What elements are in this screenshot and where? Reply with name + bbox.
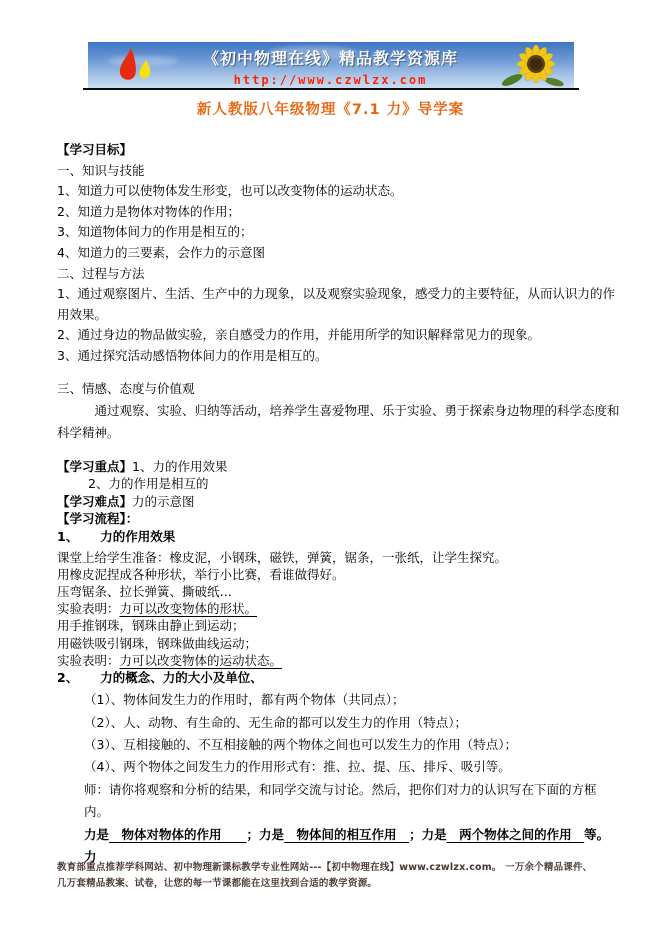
footer-line: 几万套精品教案、试卷，让您的每一节课都能在这里找到合适的教学资源。 — [57, 876, 622, 892]
item-title: 力的概念、力的大小及单位、 — [100, 670, 263, 685]
answer-blank: 两个物体之间的作用 — [447, 827, 585, 842]
heading-learning-objectives: 【学习目标】 — [57, 140, 621, 161]
page-footer: 教育部重点推荐学科网站、初中物理新课标教学专业性网站---【初中物理在线】www… — [57, 860, 622, 891]
experiment-conclusion: 实验表明：力可以改变物体的运动状态。 — [57, 652, 621, 669]
answer-text: ；力是 — [247, 827, 285, 842]
footer-line: 教育部重点推荐学科网站、初中物理新课标教学专业性网站---【初中物理在线】www… — [57, 860, 622, 876]
text-line: 用磁铁吸引钢珠，钢珠做曲线运动； — [57, 635, 621, 652]
conclusion-underlined: 力可以改变物体的形状。 — [120, 601, 258, 616]
conclusion-prefix: 实验表明： — [57, 601, 120, 616]
text-line: （4）、两个物体之间发生力的作用形式有：推、拉、提、压、排斥、吸引等。 — [57, 756, 621, 778]
heading-key-points: 【学习重点】1、力的作用效果 — [57, 458, 621, 476]
answer-text: 力是 — [84, 827, 109, 842]
conclusion-prefix: 实验表明： — [57, 653, 120, 668]
text-line: 2、力的作用是相互的 — [57, 475, 621, 493]
text-line: 3、知道物体间力的作用是相互的； — [57, 222, 621, 243]
heading-learning-process: 【学习流程】： — [57, 510, 621, 528]
text-line: 用手推钢珠，钢珠由静止到运动； — [57, 617, 621, 634]
banner-site-url[interactable]: http://www.czwlzx.com — [234, 73, 428, 87]
answer-blank: 物体对物体的作用 — [109, 827, 247, 842]
answer-text: ；力是 — [409, 827, 447, 842]
text-line: 一、知识与技能 — [57, 161, 621, 182]
text-line: 课堂上给学生准备：橡皮泥，小钢珠，磁铁，弹簧，锯条，一张纸，让学生探究。 — [57, 549, 621, 566]
section-label: 【学习重点】 — [57, 459, 132, 474]
text-line: 二、过程与方法 — [57, 264, 621, 285]
text-line: 2、通过身边的物品做实验，亲自感受力的作用，并能用所学的知识解释常见力的现象。 — [57, 325, 621, 346]
banner-container: 《初中物理在线》精品教学资源库 http://www.czwlzx.com — [83, 42, 579, 90]
text-line: （3）、互相接触的、不互相接触的两个物体之间也可以发生力的作用（特点）； — [57, 734, 621, 756]
text-line: （1）、物体间发生力的作用时，都有两个物体（共同点）； — [57, 689, 621, 711]
heading-difficulties: 【学习难点】力的示意图 — [57, 493, 621, 511]
text-line: 1、通过观察图片、生活、生产中的力现象，以及观察实验现象，感受力的主要特征，从而… — [57, 284, 621, 325]
text-line: 通过观察、实验、归纳等活动，培养学生喜爱物理、乐于实验、勇于探索身边物理的科学态… — [57, 400, 621, 444]
subheading-force-effect: 1、力的作用效果 — [57, 528, 621, 546]
item-title: 力的作用效果 — [100, 529, 175, 544]
text-line: 三、情感、态度与价值观 — [57, 378, 621, 400]
text-line: 用橡皮泥捏成各种形状，举行小比赛，看谁做得好。 — [57, 566, 621, 583]
page-title: 新人教版八年级物理《7.1 力》导学案 — [0, 98, 661, 119]
label-text: 力的示意图 — [132, 494, 195, 509]
experiment-conclusion: 实验表明：力可以改变物体的形状。 — [57, 600, 621, 617]
conclusion-underlined: 力可以改变物体的运动状态。 — [120, 653, 283, 668]
text-line: （2）、人、动物、有生命的、无生命的都可以发生力的作用（特点）； — [57, 712, 621, 734]
answer-blank: 物体间的相互作用 — [284, 827, 409, 842]
subheading-force-concept: 2、力的概念、力的大小及单位、 — [57, 669, 621, 686]
item-number: 2、 — [57, 670, 78, 685]
label-text: 1、力的作用效果 — [132, 459, 227, 474]
document-body: 【学习目标】 一、知识与技能 1、知道力可以使物体发生形变，也可以改变物体的运动… — [0, 140, 661, 868]
item-number: 1、 — [57, 529, 78, 544]
text-line: 2、知道力是物体对物体的作用； — [57, 202, 621, 223]
sunflower-icon — [494, 42, 572, 88]
text-line: 压弯锯条、拉长弹簧、撕破纸… — [57, 583, 621, 600]
text-line: 4、知道力的三要素，会作力的示意图 — [57, 243, 621, 264]
teacher-instruction: 师：请你将观察和分析的结果，和同学交流与讨论。然后，把你们对力的认识写在下面的方… — [57, 779, 621, 824]
section-label: 【学习难点】 — [57, 494, 132, 509]
text-line: 3、通过探究活动感悟物体间力的作用是相互的。 — [57, 346, 621, 367]
text-line: 1、知道力可以使物体发生形变，也可以改变物体的运动状态。 — [57, 181, 621, 202]
site-banner: 《初中物理在线》精品教学资源库 http://www.czwlzx.com — [88, 42, 574, 88]
